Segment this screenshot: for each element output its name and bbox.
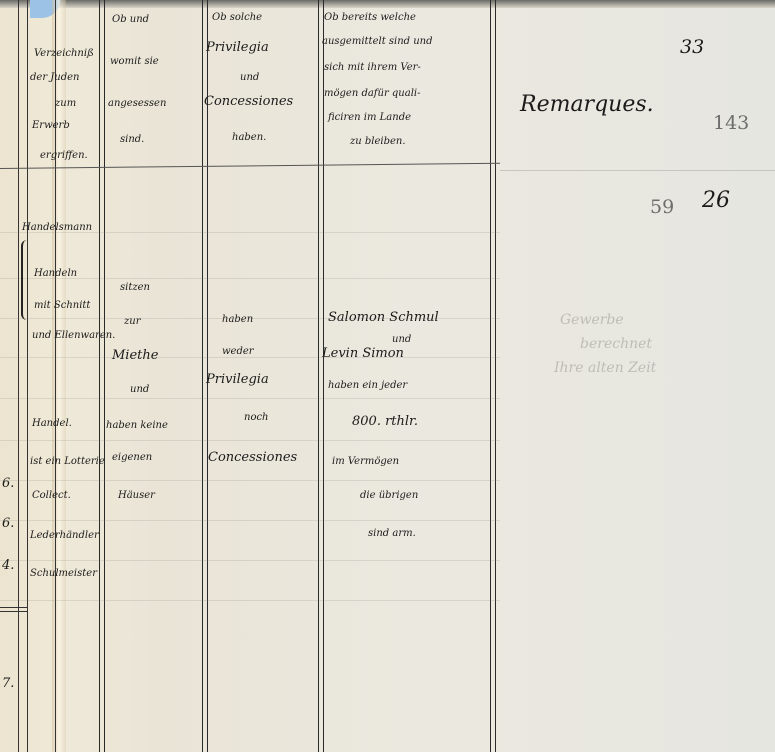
header-b-line: Verzeichniß: [34, 48, 94, 59]
entry-c: zur: [124, 316, 141, 327]
entry-b: Lederhändler: [30, 530, 99, 541]
entry-b: und Ellenwaren.: [32, 330, 115, 341]
entry-b: Handelsmann: [22, 222, 92, 233]
header-b-line: zum: [55, 98, 76, 109]
entry-d: weder: [222, 346, 254, 357]
entry-c: sitzen: [120, 282, 150, 293]
header-e-line: ausgemittelt sind und: [322, 36, 433, 47]
entry-e: die übrigen: [360, 490, 418, 501]
entry-b: ist ein Lotterie: [30, 456, 105, 467]
ruled-line: [0, 357, 500, 358]
header-d-line: haben.: [232, 132, 266, 143]
column-rule-double: [318, 0, 324, 752]
ruled-line: [0, 560, 500, 561]
header-d-line: Concessiones: [204, 94, 293, 109]
header-b-line: ergriffen.: [40, 150, 88, 161]
entry-c: eigenen: [112, 452, 152, 463]
margin-digit: 4.: [2, 558, 14, 573]
entry-c: und: [130, 384, 149, 395]
ruled-line: [0, 600, 500, 601]
ruled-line: [0, 398, 500, 399]
header-b-line: Erwerb: [32, 120, 70, 131]
archive-number-ink: 26: [702, 188, 730, 213]
bleed-through-text: Ihre alten Zeit: [554, 360, 656, 376]
header-separator: [0, 163, 500, 169]
header-b-line: der Juden: [30, 72, 80, 83]
header-e-line: Ob bereits welche: [324, 12, 416, 23]
entry-e: sind arm.: [368, 528, 416, 539]
entry-c: haben keine: [106, 420, 168, 431]
grouping-brace: [21, 240, 29, 320]
margin-digit: 6.: [2, 516, 14, 531]
header-d-line: Privilegia: [206, 40, 269, 55]
register-page: Verzeichniß der Juden zum Erwerb ergriff…: [0, 0, 775, 752]
page-number: 33: [680, 36, 704, 58]
header-c-line: sind.: [120, 134, 144, 145]
entry-d: haben: [222, 314, 253, 325]
column-rule: [55, 0, 56, 752]
header-d-line: und: [240, 72, 259, 83]
ruled-line: [0, 440, 500, 441]
header-c-line: Ob und: [112, 14, 149, 25]
remarks-fold-line: [500, 170, 775, 171]
margin-digit: 7.: [2, 676, 14, 691]
entry-e: Levin Simon: [322, 346, 404, 361]
header-e-line: mögen dafür quali-: [324, 88, 420, 99]
bleed-through-text: berechnet: [580, 336, 652, 352]
header-e-line: sich mit ihrem Ver-: [324, 62, 421, 73]
entry-d: Privilegia: [206, 372, 269, 387]
header-c-line: womit sie: [110, 56, 159, 67]
remarks-header: Remarques.: [520, 92, 654, 117]
entry-e: 800. rthlr.: [352, 414, 418, 429]
entry-d: noch: [244, 412, 269, 423]
entry-e: im Vermögen: [332, 456, 399, 467]
entry-b: Schulmeister: [30, 568, 97, 579]
entry-b: Handeln: [34, 268, 77, 279]
bleed-through-text: Gewerbe: [560, 312, 624, 328]
header-e-line: ficiren im Lande: [328, 112, 411, 123]
entry-b: mit Schnitt: [34, 300, 90, 311]
margin-digit: 6.: [2, 476, 14, 491]
column-rule-double: [490, 0, 496, 752]
ruled-line: [0, 480, 500, 481]
header-c-line: angesessen: [108, 98, 166, 109]
book-edge-shadow: [0, 0, 775, 8]
margin-double-rule: [0, 607, 28, 612]
header-e-line: zu bleiben.: [350, 136, 406, 147]
entry-e: und: [392, 334, 411, 345]
entry-b: Handel.: [32, 418, 72, 429]
entry-b: Collect.: [32, 490, 71, 501]
entry-c: Miethe: [112, 348, 158, 363]
entry-c: Häuser: [118, 490, 155, 501]
entry-d: Concessiones: [208, 450, 297, 465]
column-rule: [18, 0, 19, 752]
entry-e: Salomon Schmul: [328, 310, 439, 325]
column-rule: [27, 0, 28, 752]
column-rule-double: [99, 0, 105, 752]
archive-number-pencil: 143: [713, 112, 749, 134]
entry-e: haben ein jeder: [328, 380, 407, 391]
header-d-line: Ob solche: [212, 12, 262, 23]
ruled-line: [0, 520, 500, 521]
archive-number-pencil-mid: 59: [650, 196, 674, 218]
